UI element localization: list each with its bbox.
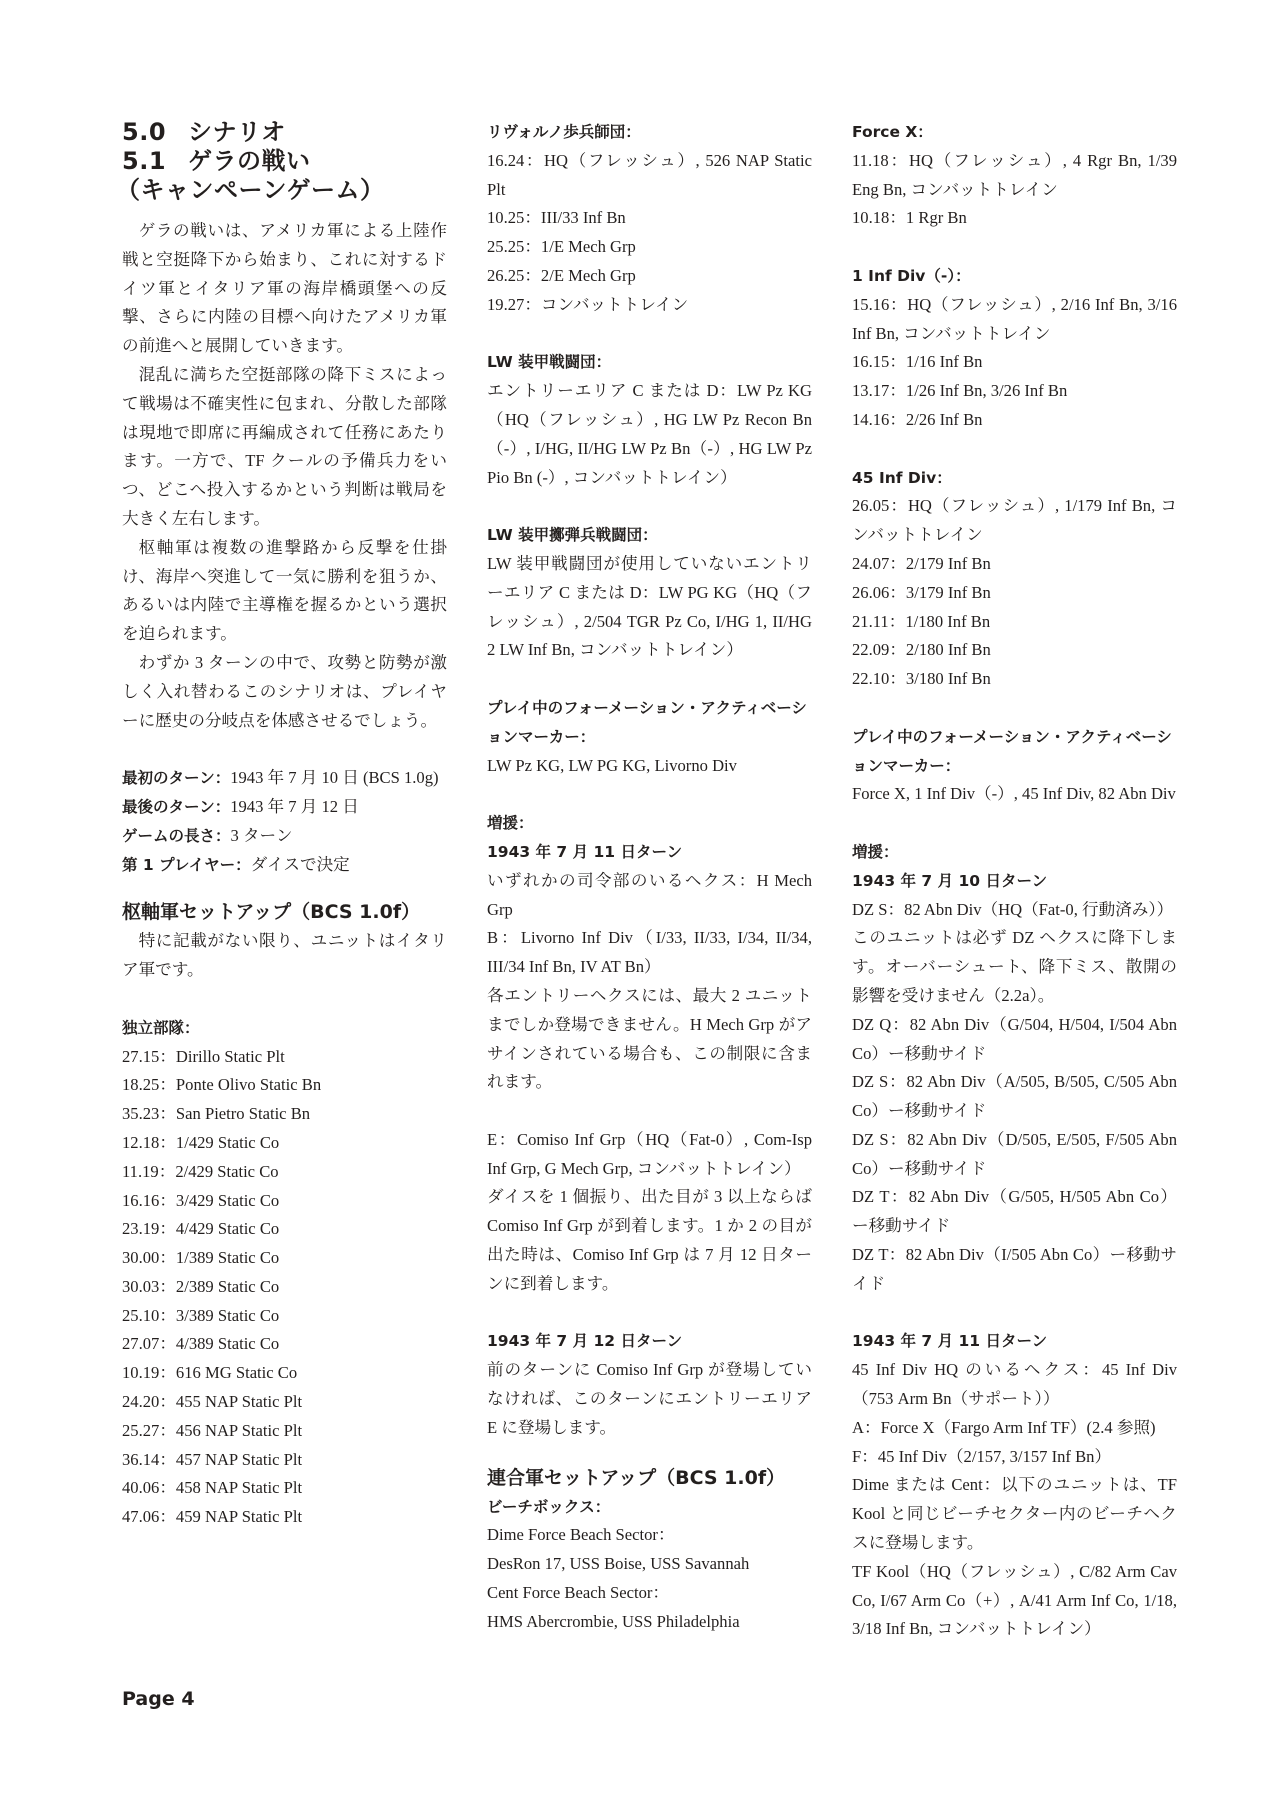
intro-paragraph: ゲラの戦いは、アメリカ軍による上陸作戦と空挺降下から始まり、これに対するドイツ軍… (122, 217, 447, 361)
beach-box-label: ビーチボックス： (487, 1493, 812, 1522)
unit-entry: 30.00：1/389 Static Co (122, 1244, 447, 1273)
beach-sector-line: Cent Force Beach Sector： (487, 1579, 812, 1608)
lw-pg-kg-text: LW 装甲戦闘団が使用していないエントリーエリア C または D：LW PG K… (487, 550, 812, 665)
unit-entry: 25.25：1/E Mech Grp (487, 233, 812, 262)
unit-entry: 25.10：3/389 Static Co (122, 1302, 447, 1331)
lw-pz-kg-text: エントリーエリア C または D：LW Pz KG（HQ（フレッシュ）, HG … (487, 377, 812, 492)
unit-entry: 40.06：458 NAP Static Plt (122, 1474, 447, 1503)
lw-pg-kg-label: LW 装甲擲弾兵戦闘団： (487, 521, 812, 550)
livorno-division-list: 16.24：HQ（フレッシュ）, 526 NAP Static Plt 10.2… (487, 147, 812, 320)
beach-sector-line: HMS Abercrombie, USS Philadelphia (487, 1608, 812, 1637)
unit-entry: 21.11：1/180 Inf Bn (852, 608, 1177, 637)
unit-entry: 11.19：2/429 Static Co (122, 1158, 447, 1187)
column-middle: リヴォルノ歩兵師団： 16.24：HQ（フレッシュ）, 526 NAP Stat… (487, 118, 812, 1637)
unit-entry: 36.14：457 NAP Static Plt (122, 1446, 447, 1475)
beach-sector-line: Dime Force Beach Sector： (487, 1521, 812, 1550)
unit-entry: 22.10：3/180 Inf Bn (852, 665, 1177, 694)
reinforcement-entry: DZ T：82 Abn Div（G/505, H/505 Abn Co）ー移動サ… (852, 1183, 1177, 1241)
reinforcement-entry: E：Comiso Inf Grp（HQ（Fat-0）, Com-Isp Inf … (487, 1126, 812, 1184)
axis-turn-0711-label: 1943 年 7 月 11 日ターン (487, 838, 812, 867)
unit-entry: 12.18：1/429 Static Co (122, 1129, 447, 1158)
game-length: ゲームの長さ：3 ターン (122, 822, 447, 851)
allied-activation-markers-text: Force X, 1 Inf Div（-）, 45 Inf Div, 82 Ab… (852, 780, 1177, 809)
reinforcement-note: 各エントリーヘクスには、最大 2 ユニットまでしか登場できません。H Mech … (487, 982, 812, 1097)
reinforcement-note: 前のターンに Comiso Inf Grp が登場していなければ、このターンにエ… (487, 1356, 812, 1442)
unit-entry: 26.25：2/E Mech Grp (487, 262, 812, 291)
independent-units-list: 27.15：Dirillo Static Plt 18.25：Ponte Oli… (122, 1043, 447, 1533)
unit-entry: 14.16：2/26 Inf Bn (852, 406, 1177, 435)
unit-entry: 19.27：コンバットトレイン (487, 291, 812, 320)
axis-turn-0712-label: 1943 年 7 月 12 日ターン (487, 1327, 812, 1356)
allied-turn-0710-label: 1943 年 7 月 10 日ターン (852, 867, 1177, 896)
reinforcement-entry: TF Kool（HQ（フレッシュ）, C/82 Arm Cav Co, I/67… (852, 1558, 1177, 1644)
unit-entry: 27.07：4/389 Static Co (122, 1330, 447, 1359)
unit-entry: 16.16：3/429 Static Co (122, 1187, 447, 1216)
intro-paragraph: 混乱に満ちた空挺部隊の降下ミスによって戦場は不確実性に包まれ、分散した部隊は現地… (122, 361, 447, 534)
unit-entry: 23.19：4/429 Static Co (122, 1215, 447, 1244)
force-x-label: Force X： (852, 118, 1177, 147)
allied-reinforcements-label: 増援： (852, 838, 1177, 867)
unit-entry: 25.27：456 NAP Static Plt (122, 1417, 447, 1446)
axis-reinforcements-label: 増援： (487, 809, 812, 838)
unit-entry: 26.05：HQ（フレッシュ）, 1/179 Inf Bn, コンバットトレイン (852, 492, 1177, 550)
reinforcement-note: このユニットは必ず DZ ヘクスに降下します。オーバーシュート、降下ミス、散開の… (852, 924, 1177, 1010)
axis-setup-heading: 枢軸軍セットアップ（BCS 1.0f） (122, 897, 447, 927)
unit-entry: 47.06：459 NAP Static Plt (122, 1503, 447, 1532)
unit-entry: 10.18：1 Rgr Bn (852, 204, 1177, 233)
reinforcement-entry: DZ S：82 Abn Div（D/505, E/505, F/505 Abn … (852, 1126, 1177, 1184)
first-turn: 最初のターン：1943 年 7 月 10 日 (BCS 1.0g) (122, 764, 447, 793)
axis-activation-markers-text: LW Pz KG, LW PG KG, Livorno Div (487, 752, 812, 781)
unit-entry: 15.16：HQ（フレッシュ）, 2/16 Inf Bn, 3/16 Inf B… (852, 291, 1177, 349)
reinforcement-entry: DZ S：82 Abn Div（A/505, B/505, C/505 Abn … (852, 1068, 1177, 1126)
unit-entry: 26.06：3/179 Inf Bn (852, 579, 1177, 608)
1-inf-div-label: 1 Inf Div（-）： (852, 262, 1177, 291)
last-turn: 最後のターン：1943 年 7 月 12 日 (122, 793, 447, 822)
title-line-5-0: 5.0シナリオ (122, 118, 447, 147)
intro-paragraph: わずか 3 ターンの中で、攻勢と防勢が激しく入れ替わるこのシナリオは、プレイヤー… (122, 649, 447, 735)
unit-entry: 27.15：Dirillo Static Plt (122, 1043, 447, 1072)
unit-entry: 18.25：Ponte Olivo Static Bn (122, 1071, 447, 1100)
lw-pz-kg-label: LW 装甲戦闘団： (487, 348, 812, 377)
reinforcement-entry: A：Force X（Fargo Arm Inf TF）(2.4 参照) (852, 1414, 1177, 1443)
game-info: 最初のターン：1943 年 7 月 10 日 (BCS 1.0g) 最後のターン… (122, 764, 447, 879)
unit-entry: 35.23：San Pietro Static Bn (122, 1100, 447, 1129)
allied-activation-markers-label: プレイ中のフォーメーション・アクティベーションマーカー： (852, 723, 1177, 781)
livorno-division-label: リヴォルノ歩兵師団： (487, 118, 812, 147)
allied-setup-heading: 連合軍セットアップ（BCS 1.0f） (487, 1463, 812, 1493)
title-line-5-1: 5.1ゲラの戦い (122, 147, 447, 176)
column-right: Force X： 11.18：HQ（フレッシュ）, 4 Rgr Bn, 1/39… (852, 118, 1177, 1644)
reinforcement-entry: DZ Q：82 Abn Div（G/504, H/504, I/504 Abn … (852, 1011, 1177, 1069)
beach-sector-line: DesRon 17, USS Boise, USS Savannah (487, 1550, 812, 1579)
reinforcement-note: ダイスを 1 個振り、出た目が 3 以上ならば Comiso Inf Grp が… (487, 1183, 812, 1298)
axis-activation-markers-label: プレイ中のフォーメーション・アクティベーションマーカー： (487, 694, 812, 752)
reinforcement-entry: DZ S：82 Abn Div（HQ（Fat-0, 行動済み）） (852, 896, 1177, 925)
reinforcement-entry: F：45 Inf Div（2/157, 3/157 Inf Bn） (852, 1443, 1177, 1472)
page-number: Page 4 (122, 1688, 195, 1710)
unit-entry: 16.15：1/16 Inf Bn (852, 348, 1177, 377)
unit-entry: 22.09：2/180 Inf Bn (852, 636, 1177, 665)
title-line-subtitle: （キャンペーンゲーム） (116, 176, 447, 205)
reinforcement-note: Dime または Cent：以下のユニットは、TF Kool と同じビーチセクタ… (852, 1471, 1177, 1557)
unit-entry: 11.18：HQ（フレッシュ）, 4 Rgr Bn, 1/39 Eng Bn, … (852, 147, 1177, 205)
unit-entry: 13.17：1/26 Inf Bn, 3/26 Inf Bn (852, 377, 1177, 406)
unit-entry: 24.07：2/179 Inf Bn (852, 550, 1177, 579)
reinforcement-entry: B：Livorno Inf Div（I/33, II/33, I/34, II/… (487, 924, 812, 982)
45-inf-div-label: 45 Inf Div： (852, 464, 1177, 493)
independent-units-label: 独立部隊： (122, 1014, 447, 1043)
scenario-title: 5.0シナリオ 5.1ゲラの戦い （キャンペーンゲーム） (122, 118, 447, 205)
unit-entry: 24.20：455 NAP Static Plt (122, 1388, 447, 1417)
unit-entry: 30.03：2/389 Static Co (122, 1273, 447, 1302)
reinforcement-entry: いずれかの司令部のいるヘクス：H Mech Grp (487, 867, 812, 925)
reinforcement-entry: 45 Inf Div HQ のいるヘクス：45 Inf Div（753 Arm … (852, 1356, 1177, 1414)
unit-entry: 10.19：616 MG Static Co (122, 1359, 447, 1388)
intro-paragraph: 枢軸軍は複数の進撃路から反撃を仕掛け、海岸へ突進して一気に勝利を狙うか、あるいは… (122, 534, 447, 649)
reinforcement-entry: DZ T：82 Abn Div（I/505 Abn Co）ー移動サイド (852, 1241, 1177, 1299)
allied-turn-0711-label: 1943 年 7 月 11 日ターン (852, 1327, 1177, 1356)
unit-entry: 16.24：HQ（フレッシュ）, 526 NAP Static Plt (487, 147, 812, 205)
axis-setup-note: 特に記載がない限り、ユニットはイタリア軍です。 (122, 927, 447, 985)
column-left: 5.0シナリオ 5.1ゲラの戦い （キャンペーンゲーム） ゲラの戦いは、アメリカ… (122, 118, 447, 1532)
first-player: 第 1 プレイヤー：ダイスで決定 (122, 851, 447, 880)
unit-entry: 10.25：III/33 Inf Bn (487, 204, 812, 233)
